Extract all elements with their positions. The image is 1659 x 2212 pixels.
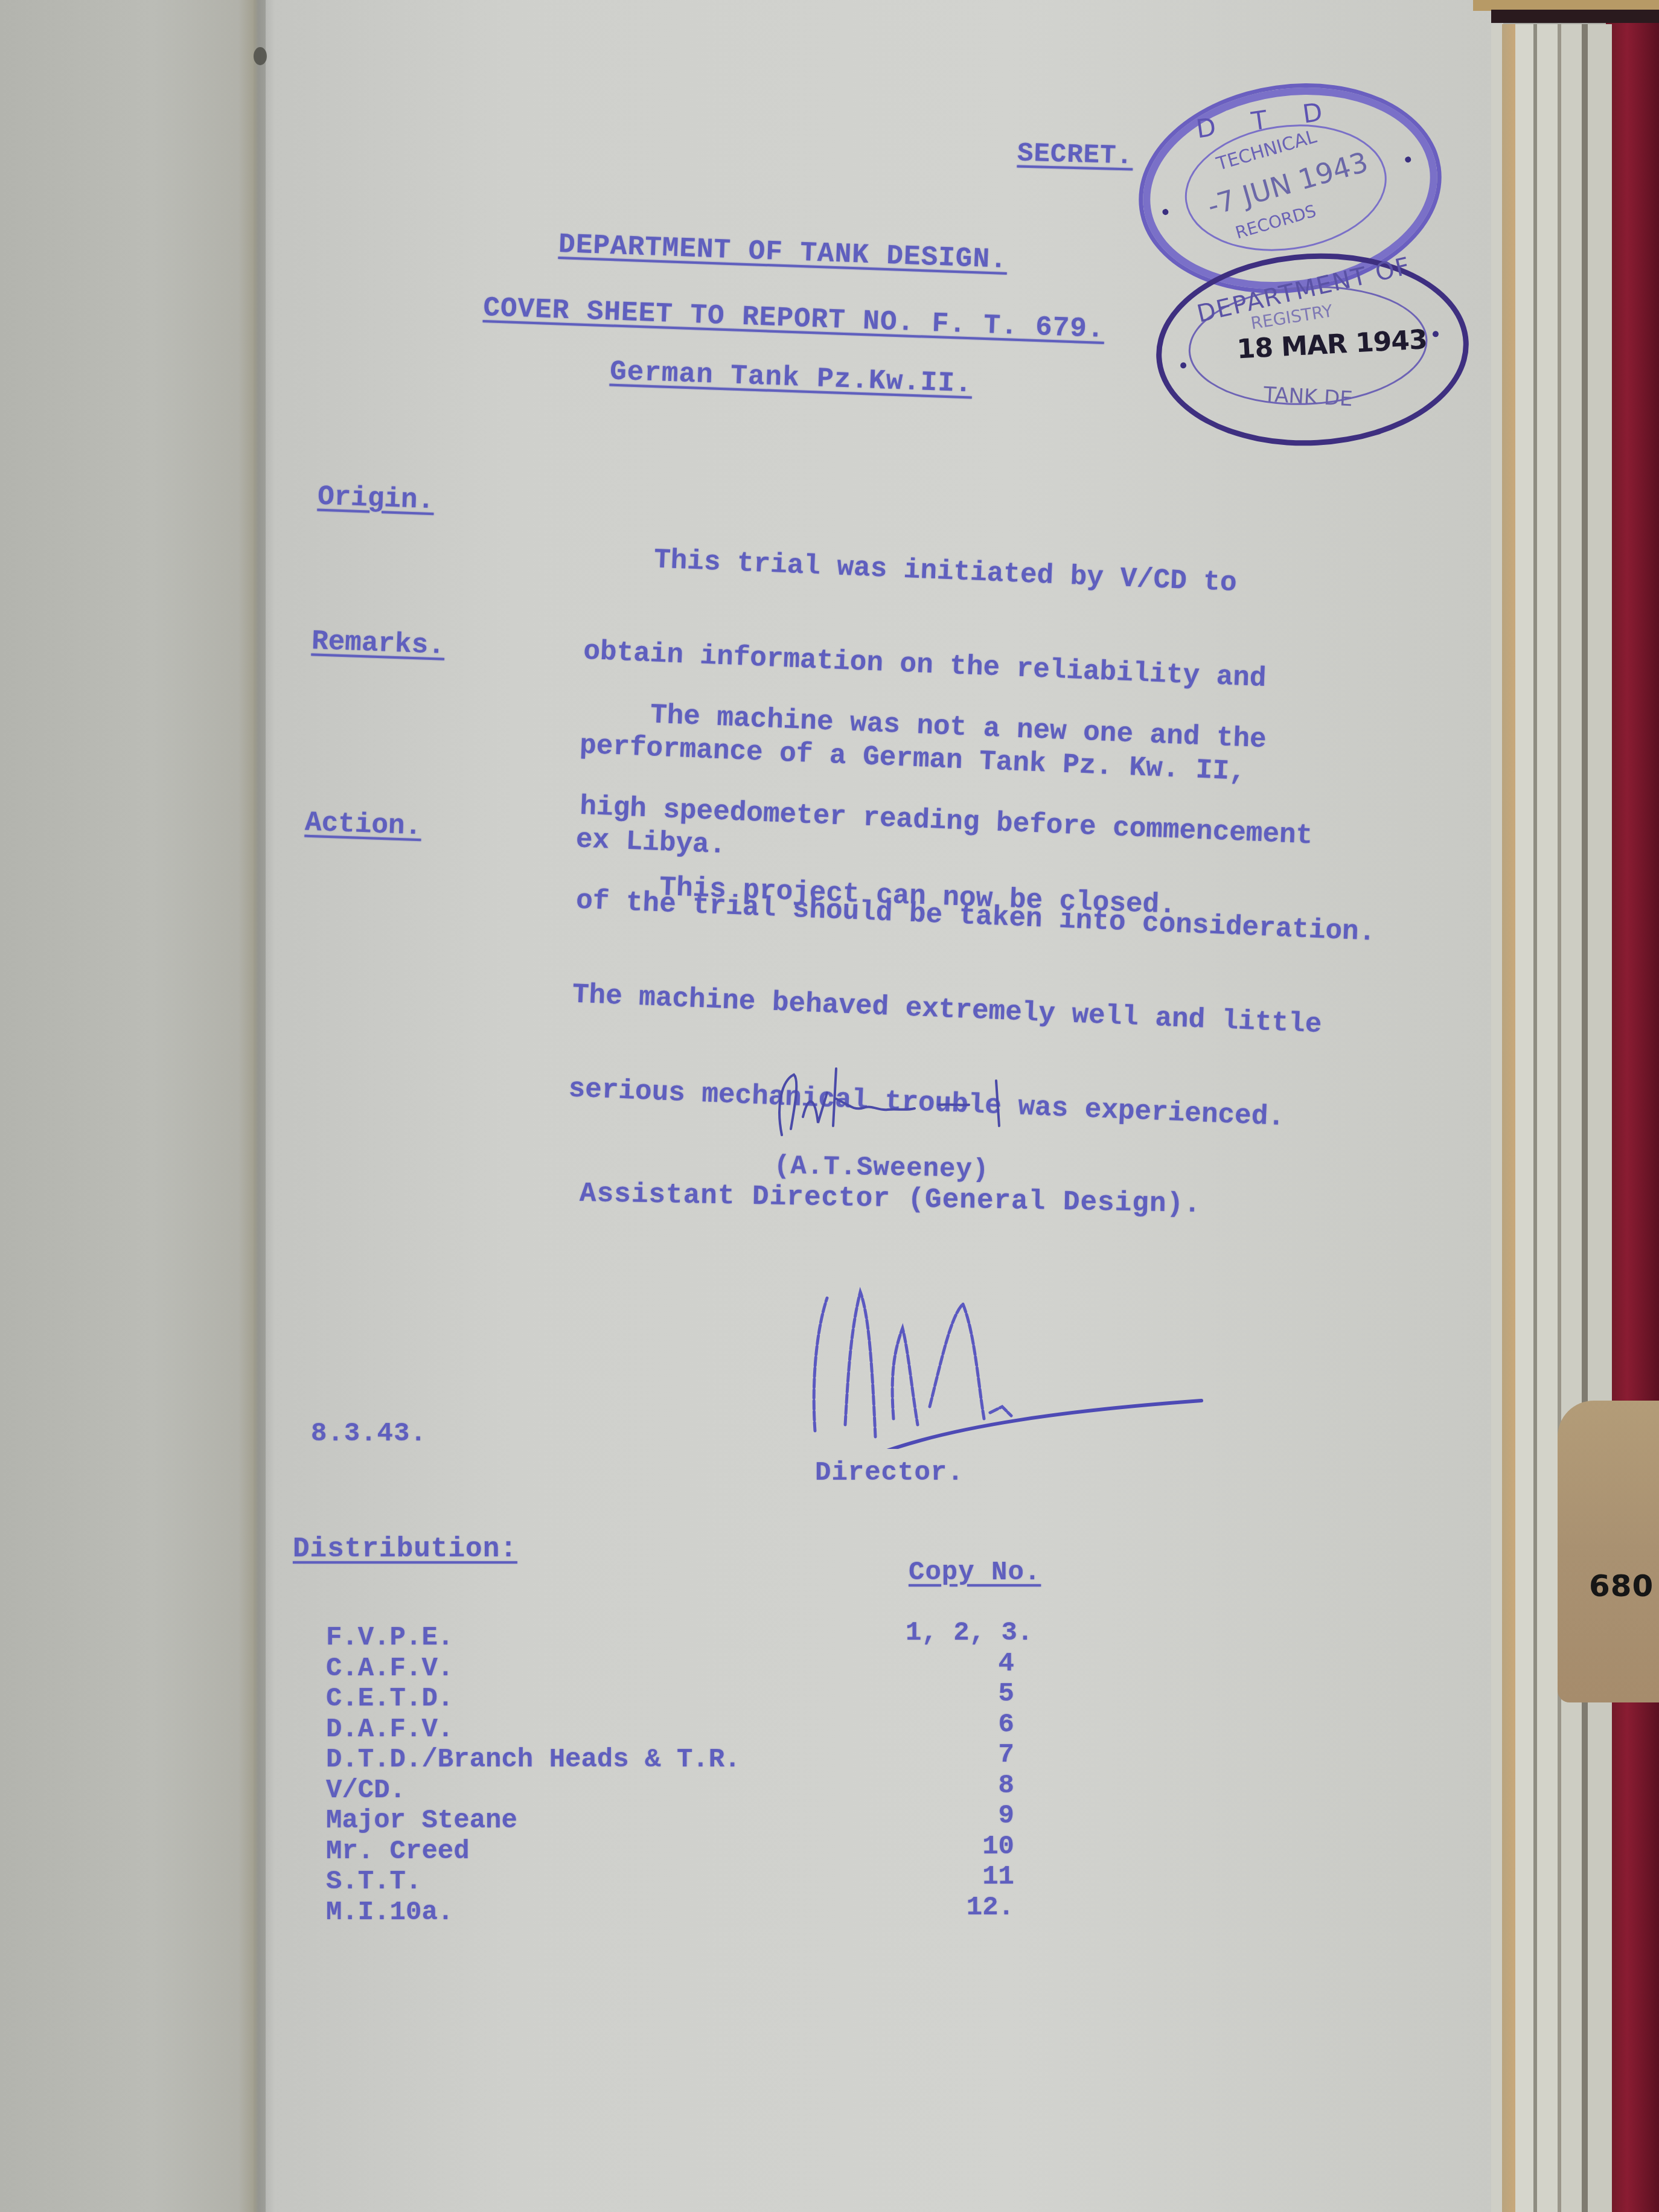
signatory-name: (A.T.Sweeney) [774,1151,989,1185]
copy-number: 4 [906,1649,1063,1680]
distribution-recipient: Mr. Creed [326,1836,741,1867]
copy-number: 10 [906,1832,1063,1862]
distribution-recipient: F.V.P.E. [326,1623,741,1654]
section-label-remarks: Remarks. [311,625,446,662]
copy-number: 5 [906,1679,1063,1710]
text-line: This trial was initiated by V/CD to [587,542,1271,600]
stamp-star-icon [1162,208,1169,215]
handwritten-signature-sweeney [758,1056,1096,1147]
copy-number-header: Copy No. [909,1558,1041,1588]
document-date: 8.3.43. [311,1419,427,1449]
section-label-origin: Origin. [317,481,435,517]
handwritten-signature-director [803,1280,1213,1449]
text-line: The machine was not a new one and the [583,697,1384,760]
distribution-recipient: V/CD. [326,1776,741,1806]
file-tab-number: 680 [1589,1568,1654,1603]
text-line: The machine behaved extremely well and l… [572,979,1372,1043]
file-index-tab[interactable] [1558,1401,1659,1702]
page-edges-stack [1491,24,1612,2212]
copy-number: 7 [906,1740,1063,1771]
distribution-recipient-list: F.V.P.E. C.A.F.V. C.E.T.D. D.A.F.V. D.T.… [326,1623,741,1928]
distribution-recipient: M.I.10a. [326,1897,741,1928]
copy-number-list: 1, 2, 3. 4 5 6 7 8 9 10 11 12. [906,1618,1063,1923]
distribution-recipient: C.E.T.D. [326,1684,741,1715]
director-title: Director. [815,1458,964,1488]
binding-gutter [238,0,275,2212]
stamp-bottom-text: TANK DE [1263,383,1353,412]
section-label-action: Action. [304,807,422,843]
distribution-recipient: D.T.D./Branch Heads & T.R. [326,1745,741,1776]
binder-shadow [1491,10,1659,23]
copy-number: 11 [906,1862,1063,1893]
copy-number: 1, 2, 3. [906,1618,1063,1649]
distribution-label: Distribution: [293,1533,517,1565]
classification-marking: SECRET. [1017,138,1133,171]
distribution-recipient: Major Steane [326,1806,741,1836]
section-text-action: This project can now be closed. [658,809,1178,953]
distribution-recipient: D.A.F.V. [326,1715,741,1745]
text-line: This project can now be closed. [659,872,1177,921]
stamp-star-icon [1433,331,1439,337]
copy-number: 9 [906,1801,1063,1832]
punch-hole [254,47,267,65]
copy-number: 12. [906,1893,1063,1923]
distribution-recipient: S.T.T. [326,1867,741,1897]
distribution-recipient: C.A.F.V. [326,1654,741,1684]
stamp-star-icon [1180,362,1187,369]
facing-page-left [0,0,254,2212]
copy-number: 8 [906,1771,1063,1801]
stamp-star-icon [1405,156,1411,163]
copy-number: 6 [906,1710,1063,1741]
binder-cover [1606,0,1659,2212]
